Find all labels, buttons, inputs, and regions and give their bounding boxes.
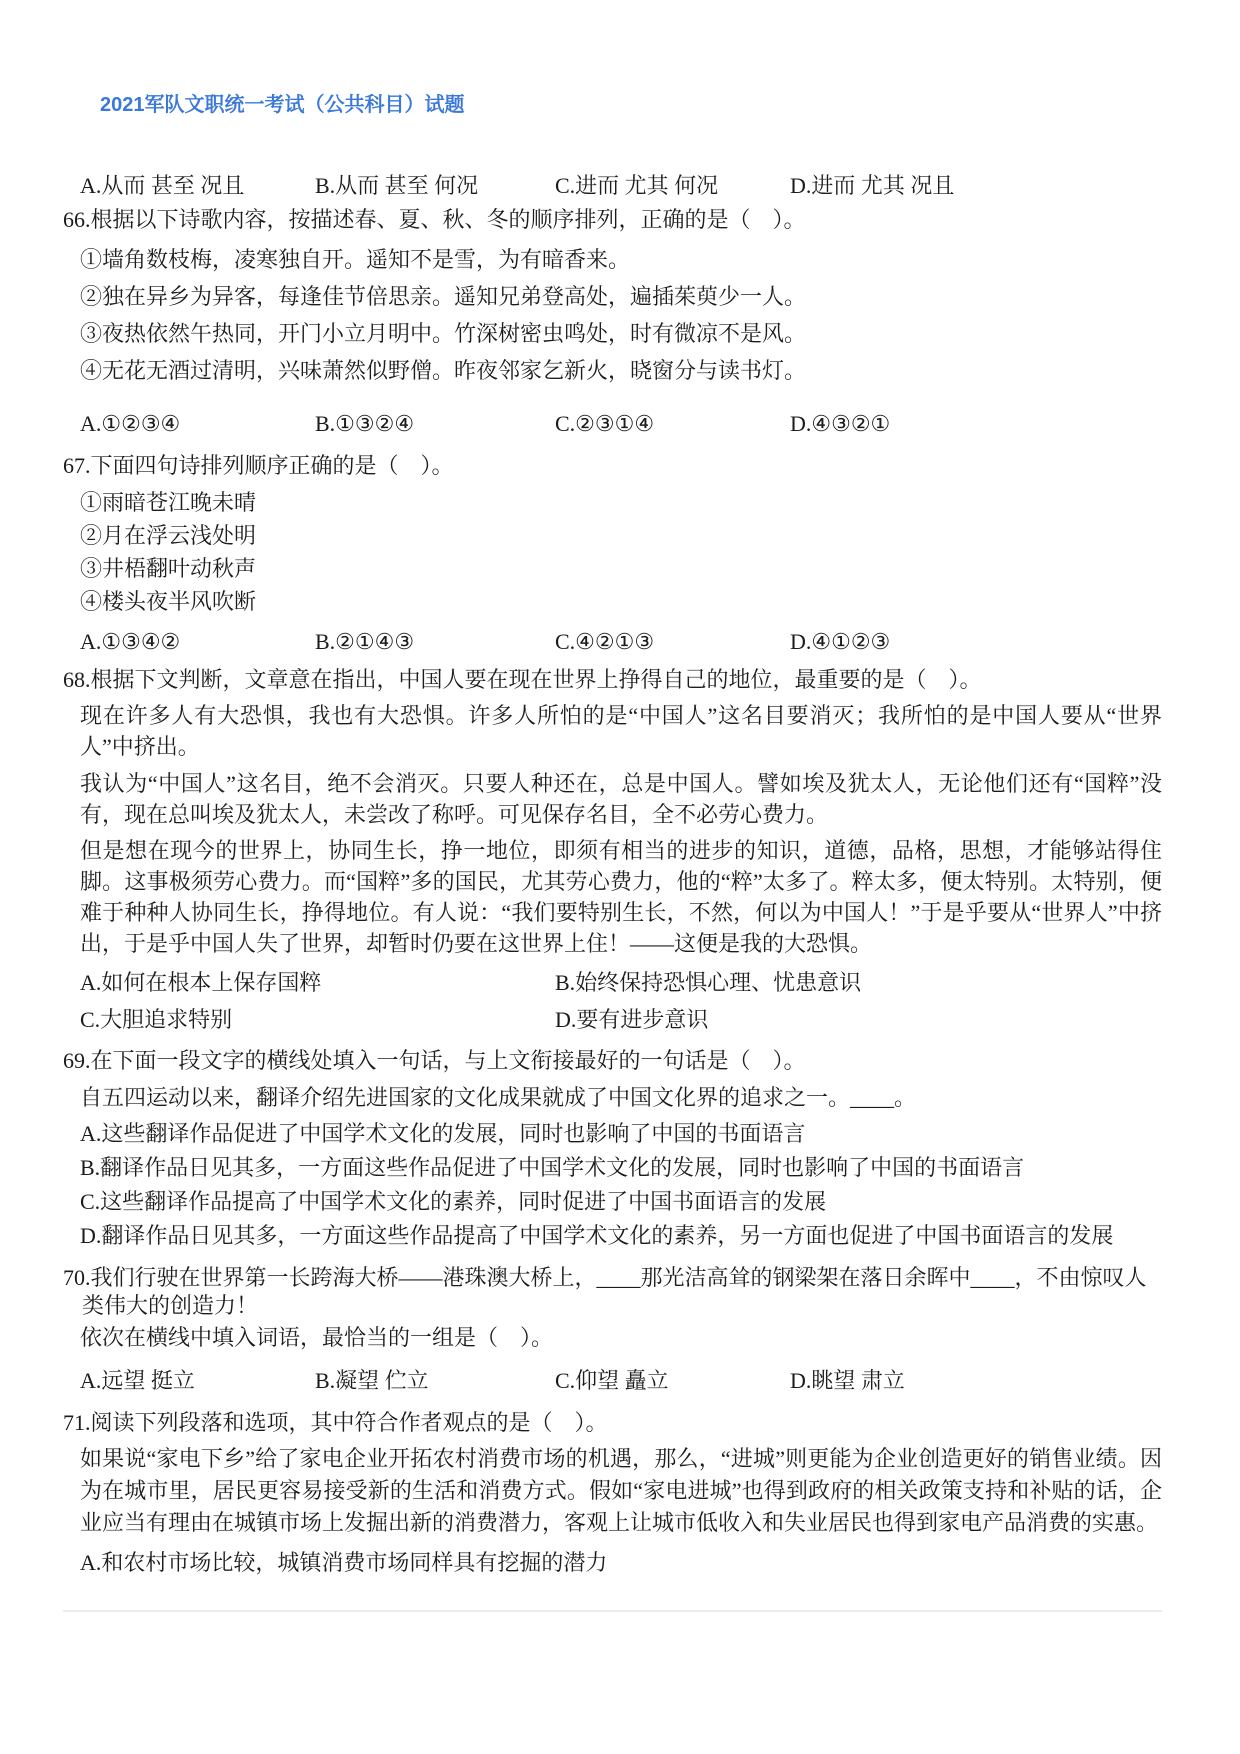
poem-line: ①墙角数枝梅，凌寒独自开。遥知不是雪，为有暗香来。 — [80, 241, 1162, 278]
question-66: 66.根据以下诗歌内容，按描述春、夏、秋、冬的顺序排列，正确的是（ ）。 ①墙角… — [63, 207, 1162, 437]
option-item-b: B.②①④③ — [315, 629, 555, 655]
question-67: 67.下面四句诗排列顺序正确的是（ ）。 ①雨暗苍江晚未晴 ②月在浮云浅处明 ③… — [63, 453, 1162, 655]
option-item-d: D.④③②① — [790, 411, 1162, 437]
poem-line: ②月在浮云浅处明 — [80, 519, 1162, 552]
option-item-a: A.远望 挺立 — [80, 1368, 315, 1394]
question-stem: 70.我们行驶在世界第一长跨海大桥——港珠澳大桥上，____那光洁高耸的钢梁架在… — [63, 1264, 1162, 1320]
question-stem: 69.在下面一段文字的横线处填入一句话，与上文衔接最好的一句话是（ ）。 — [63, 1048, 1162, 1074]
option-item-b: B.从而 甚至 何况 — [315, 173, 555, 199]
poem-line: ④无花无酒过清明，兴味萧然似野僧。昨夜邻家乞新火，晓窗分与读书灯。 — [80, 352, 1162, 389]
question-69: 69.在下面一段文字的横线处填入一句话，与上文衔接最好的一句话是（ ）。 自五四… — [63, 1048, 1162, 1249]
option-item-c: C.大胆追求特别 — [80, 1007, 555, 1033]
option-item-a: A.如何在根本上保存国粹 — [80, 970, 555, 996]
option-item-b: B.翻译作品日见其多，一方面这些作品促进了中国学术文化的发展，同时也影响了中国的… — [80, 1155, 1162, 1181]
option-row: A.远望 挺立 B.凝望 伫立 C.仰望 矗立 D.眺望 肃立 — [80, 1368, 1162, 1394]
option-row: A.①③④② B.②①④③ C.④②①③ D.④①②③ — [80, 629, 1162, 655]
page-divider — [63, 1610, 1162, 1612]
question-71: 71.阅读下列段落和选项，其中符合作者观点的是（ ）。 如果说“家电下乡”给了家… — [63, 1410, 1162, 1576]
question-68: 68.根据下文判断，文章意在指出，中国人要在现在世界上挣得自己的地位，最重要的是… — [63, 667, 1162, 1033]
poem-lines: ①雨暗苍江晚未晴 ②月在浮云浅处明 ③井梧翻叶动秋声 ④楼头夜半风吹断 — [80, 486, 1162, 618]
poem-line: ①雨暗苍江晚未晴 — [80, 486, 1162, 519]
option-item-b: B.①③②④ — [315, 411, 555, 437]
exam-page: 2021军队文职统一考试（公共科目）试题 A.从而 甚至 况且 B.从而 甚至 … — [0, 0, 1240, 1754]
option-item-c: C.这些翻译作品提高了中国学术文化的素养，同时促进了中国书面语言的发展 — [80, 1189, 1162, 1215]
option-item-d: D.进而 尤其 况且 — [790, 173, 1162, 199]
question-70: 70.我们行驶在世界第一长跨海大桥——港珠澳大桥上，____那光洁高耸的钢梁架在… — [63, 1264, 1162, 1394]
option-item-d: D.要有进步意识 — [555, 1007, 1162, 1033]
poem-lines: ①墙角数枝梅，凌寒独自开。遥知不是雪，为有暗香来。 ②独在异乡为异客，每逢佳节倍… — [80, 241, 1162, 389]
option-item-a: A.这些翻译作品促进了中国学术文化的发展，同时也影响了中国的书面语言 — [80, 1121, 1162, 1147]
option-item-c: C.②③①④ — [555, 411, 790, 437]
option-item-c: C.④②①③ — [555, 629, 790, 655]
option-item-c: C.仰望 矗立 — [555, 1368, 790, 1394]
question-substem: 依次在横线中填入词语，最恰当的一组是（ ）。 — [80, 1325, 1162, 1351]
question-stem: 66.根据以下诗歌内容，按描述春、夏、秋、冬的顺序排列，正确的是（ ）。 — [63, 207, 1162, 233]
poem-line: ②独在异乡为异客，每逢佳节倍思亲。遥知兄弟登高处，遍插茱萸少一人。 — [80, 278, 1162, 315]
question-stem: 67.下面四句诗排列顺序正确的是（ ）。 — [63, 453, 1162, 479]
option-item-a: A.①③④② — [80, 629, 315, 655]
option-item-b: B.始终保持恐惧心理、忧患意识 — [555, 970, 1162, 996]
option-item-d: D.翻译作品日见其多，一方面这些作品提高了中国学术文化的素养，另一方面也促进了中… — [80, 1223, 1162, 1249]
question-stem: 68.根据下文判断，文章意在指出，中国人要在现在世界上挣得自己的地位，最重要的是… — [63, 667, 1162, 693]
option-item-a: A.从而 甚至 况且 — [80, 173, 315, 199]
option-item-a: A.和农村市场比较，城镇消费市场同样具有挖掘的潜力 — [80, 1550, 1162, 1576]
option-item-d: D.④①②③ — [790, 629, 1162, 655]
option-row: A.①②③④ B.①③②④ C.②③①④ D.④③②① — [80, 411, 1162, 437]
poem-line: ③井梧翻叶动秋声 — [80, 552, 1162, 585]
passage-paragraph: 自五四运动以来，翻译介绍先进国家的文化成果就成了中国文化界的追求之一。____。 — [80, 1085, 1162, 1111]
option-item-b: B.凝望 伫立 — [315, 1368, 555, 1394]
option-item-d: D.眺望 肃立 — [790, 1368, 1162, 1394]
option-row-q65: A.从而 甚至 况且 B.从而 甚至 何况 C.进而 尤其 何况 D.进而 尤其… — [80, 173, 1162, 199]
passage-paragraph: 如果说“家电下乡”给了家电企业开拓农村消费市场的机遇，那么，“进城”则更能为企业… — [80, 1443, 1162, 1539]
option-row: A.如何在根本上保存国粹 B.始终保持恐惧心理、忧患意识 C.大胆追求特别 D.… — [80, 970, 1162, 1033]
option-item-c: C.进而 尤其 何况 — [555, 173, 790, 199]
option-list: A.这些翻译作品促进了中国学术文化的发展，同时也影响了中国的书面语言 B.翻译作… — [80, 1121, 1162, 1249]
poem-line: ③夜热依然午热同，开门小立月明中。竹深树密虫鸣处，时有微凉不是风。 — [80, 315, 1162, 352]
poem-line: ④楼头夜半风吹断 — [80, 585, 1162, 618]
passage-paragraph: 但是想在现今的世界上，协同生长，挣一地位，即须有相当的进步的知识，道德，品格，思… — [80, 835, 1162, 959]
question-stem: 71.阅读下列段落和选项，其中符合作者观点的是（ ）。 — [63, 1410, 1162, 1436]
page-title: 2021军队文职统一考试（公共科目）试题 — [100, 93, 1162, 117]
passage-paragraph: 我认为“中国人”这名目，绝不会消灭。只要人种还在，总是中国人。譬如埃及犹太人，无… — [80, 768, 1162, 830]
passage-paragraph: 现在许多人有大恐惧，我也有大恐惧。许多人所怕的是“中国人”这名目要消灭；我所怕的… — [80, 700, 1162, 762]
option-item-a: A.①②③④ — [80, 411, 315, 437]
